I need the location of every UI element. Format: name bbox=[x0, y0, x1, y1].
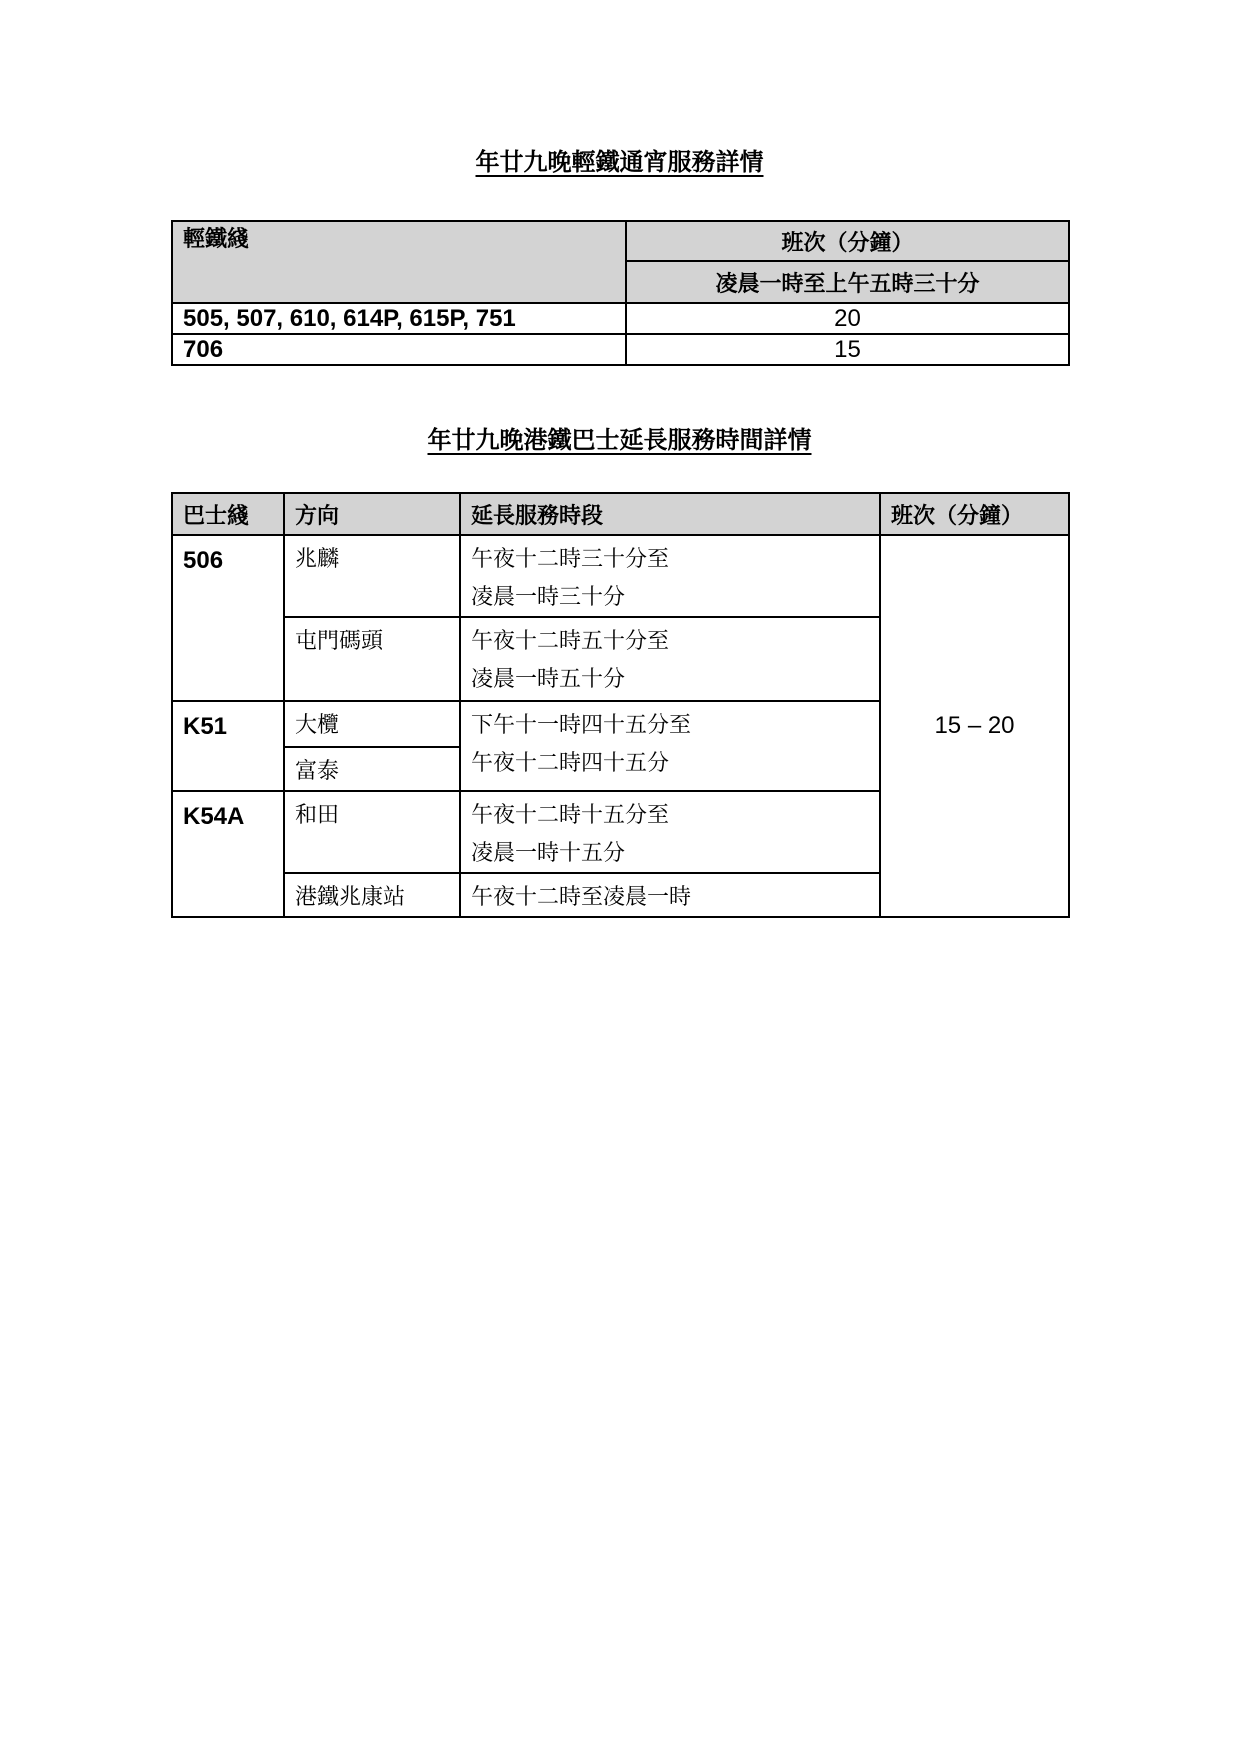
table-row: 706 15 bbox=[172, 334, 1069, 365]
period-line: 午夜十二時至凌晨一時 bbox=[471, 878, 869, 916]
t2-route-cell: K51 bbox=[172, 701, 284, 791]
t2-header-row: 巴士綫 方向 延長服務時段 班次（分鐘） bbox=[172, 493, 1069, 535]
t2-direction-cell: 港鐵兆康站 bbox=[284, 873, 460, 917]
light-rail-table: 輕鐵綫 班次（分鐘） 凌晨一時至上午五時三十分 505, 507, 610, 6… bbox=[171, 220, 1070, 366]
t2-direction-cell: 大欖 bbox=[284, 701, 460, 747]
light-rail-title: 年廿九晚輕鐵通宵服務詳情 bbox=[171, 146, 1068, 180]
t2-period-cell: 午夜十二時十五分至 凌晨一時十五分 bbox=[460, 791, 880, 873]
t2-route-cell: K54A bbox=[172, 791, 284, 917]
t1-frequency-cell: 15 bbox=[626, 334, 1069, 365]
t2-direction-cell: 兆麟 bbox=[284, 535, 460, 617]
t2-header-period: 延長服務時段 bbox=[460, 493, 880, 535]
period-line: 凌晨一時五十分 bbox=[471, 660, 869, 698]
t2-header-direction: 方向 bbox=[284, 493, 460, 535]
mtr-bus-title-text: 年廿九晚港鐵巴士延長服務時間詳情 bbox=[428, 428, 812, 454]
t2-period-cell: 午夜十二時至凌晨一時 bbox=[460, 873, 880, 917]
period-line: 午夜十二時五十分至 bbox=[471, 622, 869, 660]
t2-direction-cell: 屯門碼頭 bbox=[284, 617, 460, 701]
t2-period-cell: 午夜十二時三十分至 凌晨一時三十分 bbox=[460, 535, 880, 617]
light-rail-title-text: 年廿九晚輕鐵通宵服務詳情 bbox=[476, 150, 764, 176]
table-row: 506 兆麟 午夜十二時三十分至 凌晨一時三十分 15 – 20 bbox=[172, 535, 1069, 617]
mtr-bus-title: 年廿九晚港鐵巴士延長服務時間詳情 bbox=[171, 424, 1068, 458]
t2-direction-cell: 富泰 bbox=[284, 747, 460, 791]
t1-frequency-cell: 20 bbox=[626, 303, 1069, 334]
t1-header-route: 輕鐵綫 bbox=[172, 221, 626, 303]
period-line: 凌晨一時三十分 bbox=[471, 578, 869, 616]
t2-period-cell: 下午十一時四十五分至 午夜十二時四十五分 bbox=[460, 701, 880, 791]
t2-header-frequency: 班次（分鐘） bbox=[880, 493, 1069, 535]
t2-period-cell: 午夜十二時五十分至 凌晨一時五十分 bbox=[460, 617, 880, 701]
t2-route-cell: 506 bbox=[172, 535, 284, 701]
t1-header-row-1: 輕鐵綫 班次（分鐘） bbox=[172, 221, 1069, 261]
t2-frequency-cell: 15 – 20 bbox=[880, 535, 1069, 917]
period-line: 午夜十二時三十分至 bbox=[471, 540, 869, 578]
period-line: 午夜十二時十五分至 bbox=[471, 796, 869, 834]
document-page: 年廿九晚輕鐵通宵服務詳情 輕鐵綫 班次（分鐘） 凌晨一時至上午五時三十分 505… bbox=[0, 0, 1240, 1754]
t1-subheader-period: 凌晨一時至上午五時三十分 bbox=[626, 261, 1069, 303]
t1-header-frequency: 班次（分鐘） bbox=[626, 221, 1069, 261]
t1-route-cell: 706 bbox=[172, 334, 626, 365]
period-line: 凌晨一時十五分 bbox=[471, 834, 869, 872]
mtr-bus-table: 巴士綫 方向 延長服務時段 班次（分鐘） 506 兆麟 午夜十二時三十分至 凌晨… bbox=[171, 492, 1070, 918]
period-line: 午夜十二時四十五分 bbox=[471, 744, 869, 782]
table-row: 505, 507, 610, 614P, 615P, 751 20 bbox=[172, 303, 1069, 334]
period-line: 下午十一時四十五分至 bbox=[471, 706, 869, 744]
t2-direction-cell: 和田 bbox=[284, 791, 460, 873]
t2-header-route: 巴士綫 bbox=[172, 493, 284, 535]
t1-route-cell: 505, 507, 610, 614P, 615P, 751 bbox=[172, 303, 626, 334]
